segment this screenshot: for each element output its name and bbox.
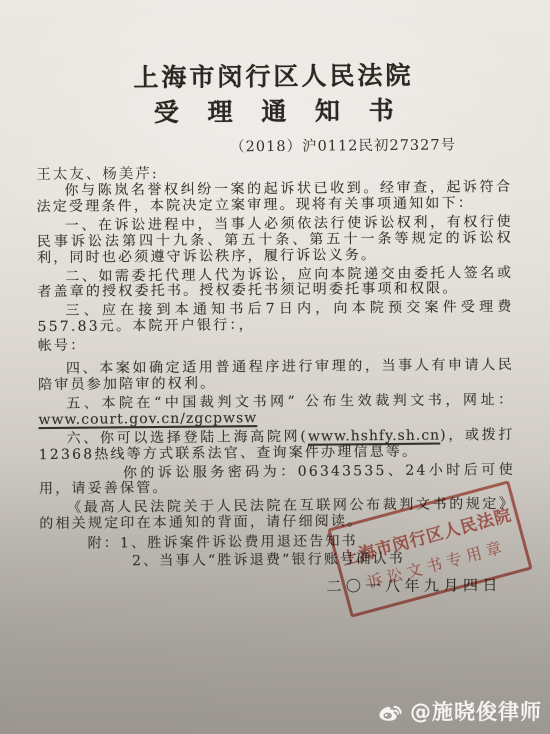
court-name: 上海市闵行区人民法院 — [35, 60, 511, 94]
intro-paragraph: 你与陈岚名誉权纠纷一案的起诉状已收到。经审查，起诉符合法定受理条件，本院决定立案… — [36, 180, 512, 216]
attachments-list: 1、胜诉案件诉讼费用退还告知书 2、当事人“胜诉退费”银行账号确认书 — [120, 533, 405, 570]
document-paper: 上海市闵行区人民法院 受 理 通 知 书 （2018）沪0112民初27327号… — [0, 0, 550, 734]
clause-5-text: 五、本院在“中国裁判文书网” 公布生效裁判文书，网址： — [66, 392, 514, 412]
clause-2: 二、如需委托代理人代为诉讼，应向本院递交由委托人签名或者盖章的授权委托书。授权委… — [37, 265, 513, 301]
clause-3: 三、应在接到本通知书后7日内，向本院预交案件受理费557.83元。本院开户银行：… — [37, 300, 513, 336]
backside-note: 《最高人民法院关于人民法院在互联网公布裁判文书的规定》的相关规定印在本通知的背面… — [39, 497, 515, 533]
doc-title: 受 理 通 知 书 — [36, 95, 512, 129]
clause-5: 五、本院在“中国裁判文书网” 公布生效裁判文书，网址：www.court.gov… — [38, 393, 514, 429]
watermark-handle: @施晓俊律师 — [410, 696, 542, 726]
clause-1: 一、在诉讼进程中，当事人必须依法行使诉讼权利，有权行使民事诉讼法第四十九条、第五… — [37, 215, 513, 267]
photo-background: 上海市闵行区人民法院 受 理 通 知 书 （2018）沪0112民初27327号… — [0, 0, 550, 734]
attachment-item: 2、当事人“胜诉退费”银行账号确认书 — [132, 551, 405, 570]
issue-date: 二〇一八年九月四日 — [40, 574, 516, 599]
shanghai-court-url: www.hshfy.sh.cn — [308, 427, 440, 444]
weibo-icon — [377, 698, 404, 725]
password-note: 你的诉讼服务密码为：06343535、24小时后可使用，请妥善保管。 — [39, 462, 515, 498]
attachments-label: 附： — [87, 535, 120, 570]
watermark: @施晓俊律师 — [377, 696, 542, 726]
court-wenshu-url: www.court.gov.cn/zgcpwsw — [38, 410, 257, 428]
attachments-block: 附： 1、胜诉案件诉讼费用退还告知书 2、当事人“胜诉退费”银行账号确认书 — [87, 532, 515, 571]
case-number: （2018）沪0112民初27327号 — [36, 133, 512, 158]
account-line: 帐号： — [38, 335, 514, 355]
attachment-item: 1、胜诉案件诉讼费用退还告知书 — [120, 533, 405, 552]
clause-6: 六、你可以选择登陆上海高院网(www.hshfy.sh.cn)，或拨打12368… — [39, 428, 515, 464]
clause-4: 四、本案如确定适用普通程序进行审理的，当事人有申请人民陪审员参加陪审的权利。 — [38, 358, 514, 394]
